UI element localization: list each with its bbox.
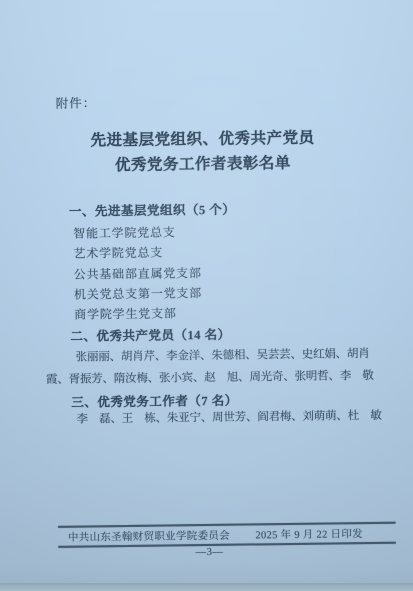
- page-content: 附件： 先进基层党组织、优秀共产党员 优秀党务工作者表彰名单 一、先进基层党组织…: [0, 0, 413, 591]
- document-title-line-2: 优秀党务工作者表彰名单: [0, 150, 408, 180]
- section-1-item: 商学院学生党支部: [74, 304, 177, 322]
- section-1-item: 机关党总支第一党支部: [74, 284, 202, 303]
- section-1-item: 公共基础部直属党支部: [74, 264, 202, 283]
- document-title: 先进基层党组织、优秀共产党员 优秀党务工作者表彰名单: [0, 125, 408, 180]
- section-2-heading: 二、优秀共产党员（14 名）: [70, 325, 230, 345]
- scan-bottom-edge: [0, 583, 413, 591]
- section-2-names-line: 霞、胥振芳、隋汝梅、张小宾、赵 旭、周光奇、张明哲、李 敬: [46, 367, 374, 387]
- scanned-document-page: 附件： 先进基层党组织、优秀共产党员 优秀党务工作者表彰名单 一、先进基层党组织…: [0, 0, 413, 591]
- section-2-names-line: 张丽丽、胡肖芹、李金洋、朱德相、吴芸芸、史红娟、胡肖: [46, 345, 370, 365]
- issuer-name: 中共山东圣翰财贸职业学院委员会: [68, 528, 230, 545]
- section-3-heading: 三、优秀党务工作者（7 名）: [71, 391, 238, 411]
- section-1-item: 艺术学院党总支: [73, 244, 163, 262]
- section-1-heading: 一、先进基层党组织（5 个）: [69, 200, 236, 220]
- section-1-item: 智能工学院党总支: [73, 223, 176, 241]
- attachment-label: 附件：: [56, 93, 97, 111]
- section-3-names-line: 李 磊、王 栋、朱亚宁、周世芳、阎君梅、刘萌萌、杜 敏: [46, 407, 381, 427]
- print-date: 2025 年 9 月 22 日印发: [255, 526, 363, 542]
